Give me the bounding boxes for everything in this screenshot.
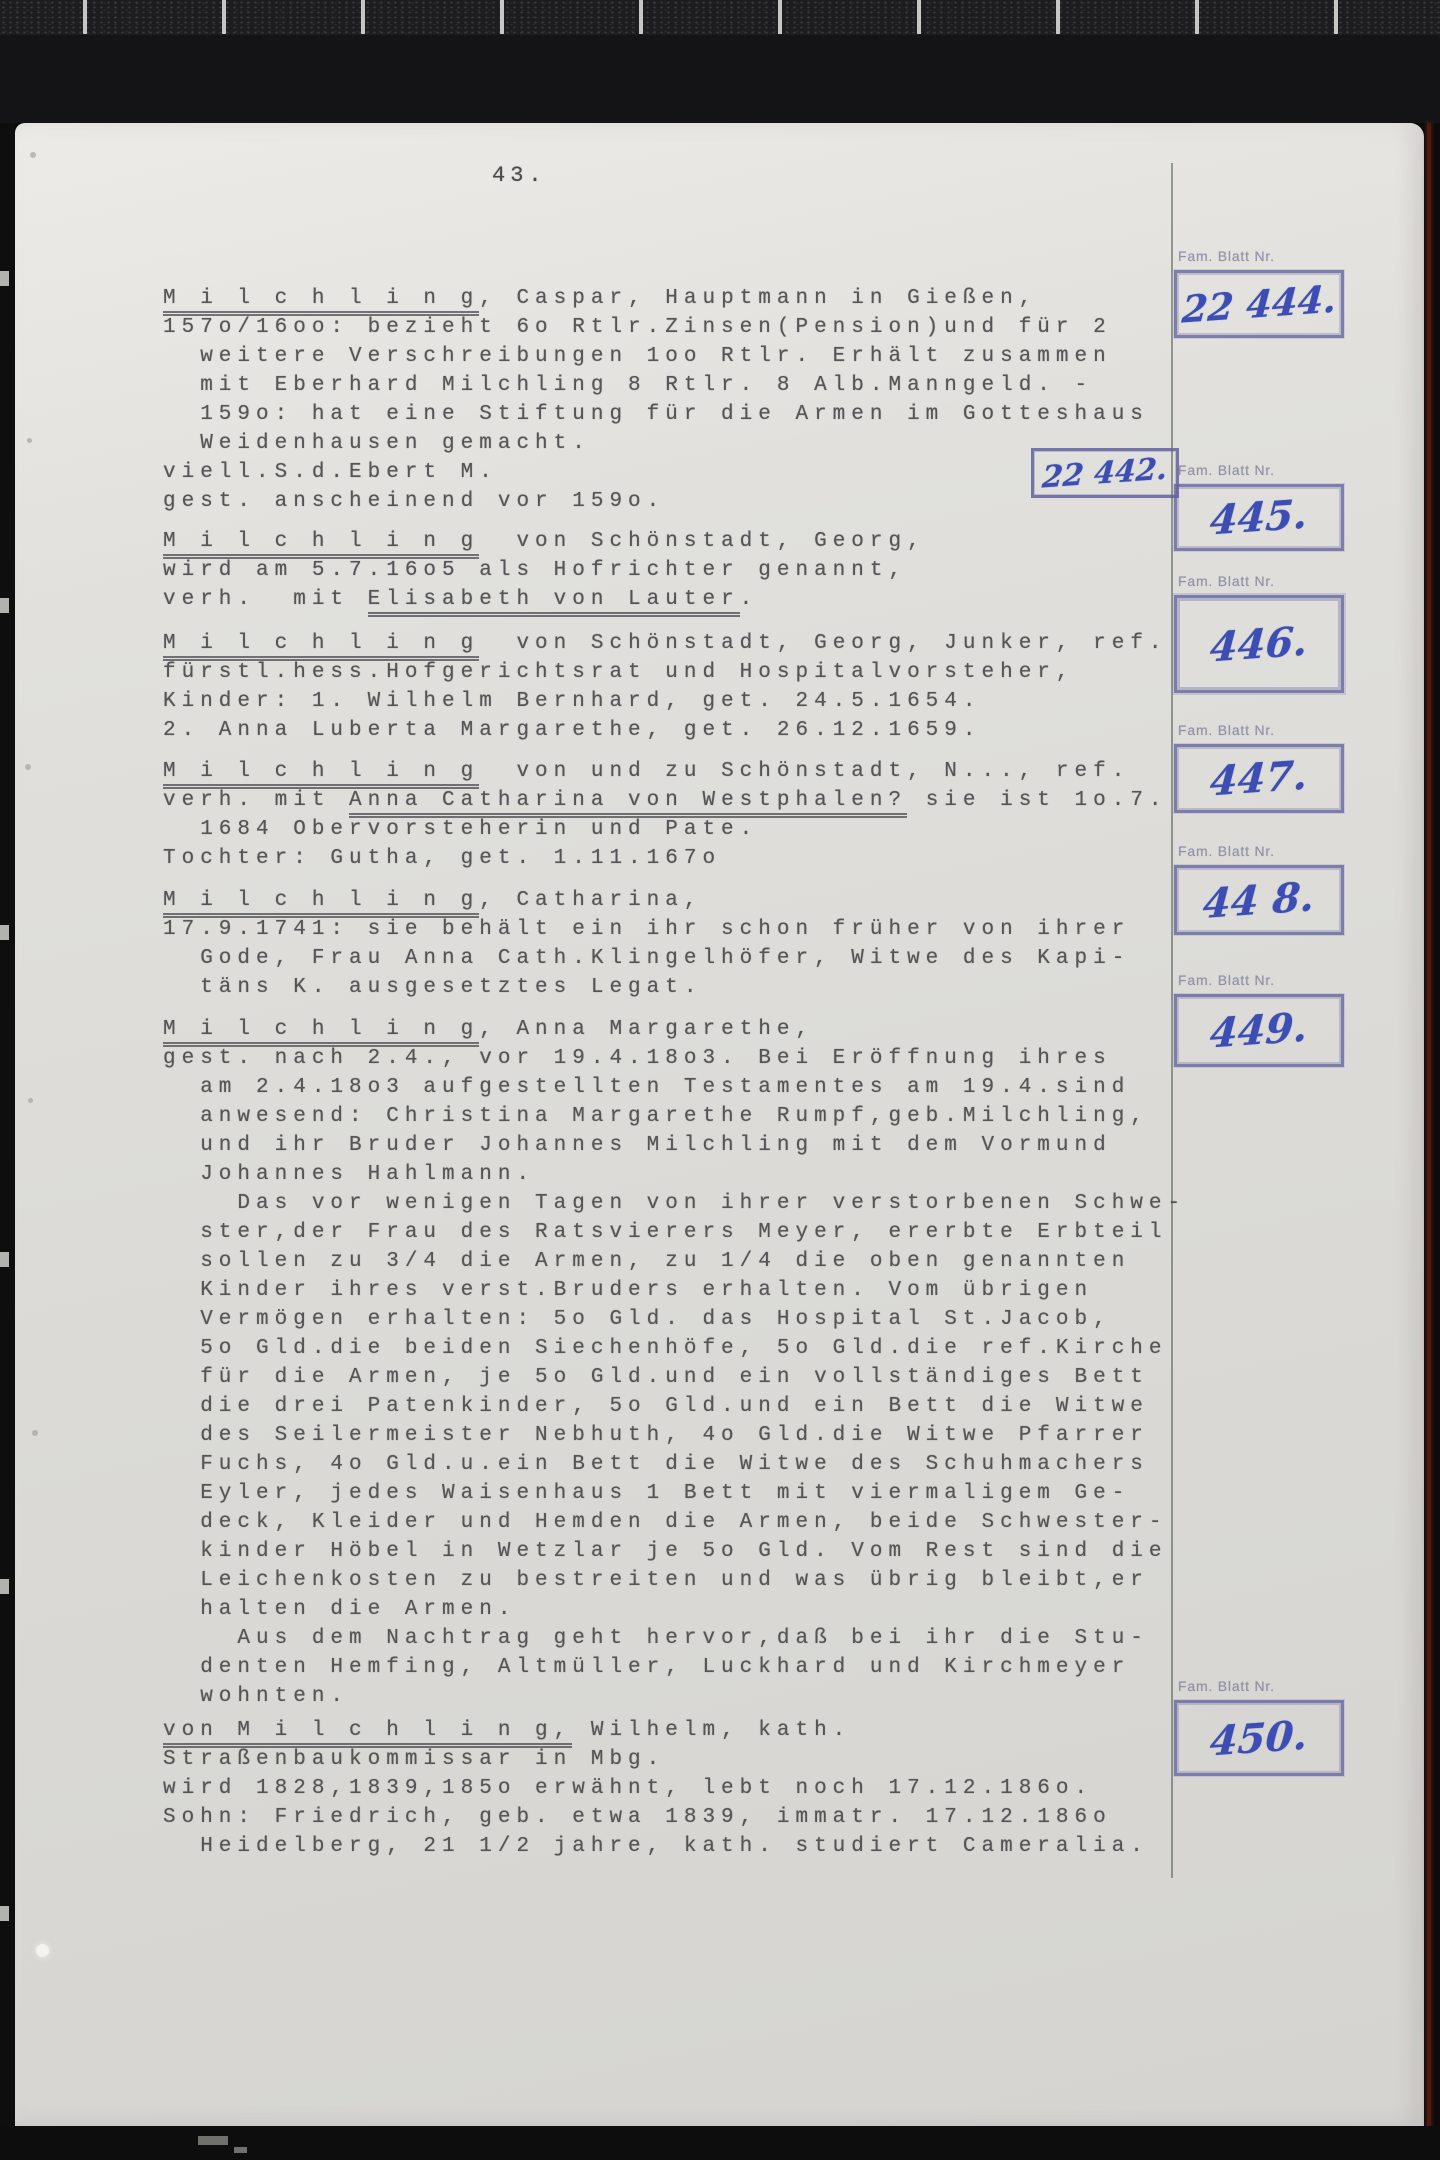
fam-blatt-label: Fam. Blatt Nr. [1178,972,1344,990]
entry-line: Vermögen erhalten: 5o Gld. das Hospital … [163,1305,1186,1334]
film-edge-mark [0,1252,9,1267]
entry-text: Heidelberg, 21 1/2 jahre, kath. studiert… [163,1835,1149,1858]
fam-blatt-frame: 445. [1174,484,1344,551]
entry-text: wird 1828,1839,185o erwähnt, lebt noch 1… [163,1777,1093,1800]
entry-text: viell.S.d.Ebert M. [163,461,498,484]
fam-blatt-box-1: Fam. Blatt Nr.445. [1174,462,1344,551]
entry-line: M i l c h l i n g von Schönstadt, Georg, [163,527,926,556]
underlined-name: M i l c h l i n g [163,287,479,316]
entry-text: täns K. ausgesetztes Legat. [163,976,702,999]
entry-line: Gode, Frau Anna Cath.Klingelhöfer, Witwe… [163,944,1130,973]
entry-line: Leichenkosten zu bestreiten und was übri… [163,1566,1186,1595]
entry-line: M i l c h l i n g, Catharina, [163,886,1130,915]
entry-line: für die Armen, je 5o Gld.und ein vollstä… [163,1363,1186,1392]
entry-line: wird am 5.7.16o5 als Hofrichter genannt, [163,556,926,585]
entry-text: Tochter: Gutha, get. 1.11.167o [163,847,721,870]
entry-text: fürstl.hess.Hofgerichtsrat und Hospitalv… [163,661,1075,684]
entry-text: deck, Kleider und Hemden die Armen, beid… [163,1511,1168,1534]
film-sprocket-tick [83,0,87,34]
fam-blatt-number: 22 444. [1180,276,1337,331]
entry-line: gest. anscheinend vor 159o. [163,487,1149,516]
entry-line: Johannes Hahlmann. [163,1160,1186,1189]
entry-line: verh. mit Elisabeth von Lauter. [163,585,926,614]
entry-block-0: M i l c h l i n g, Caspar, Hauptmann in … [163,284,1149,516]
entry-block-3: M i l c h l i n g von und zu Schönstadt,… [163,757,1168,873]
entry-line: weitere Verschreibungen 1oo Rtlr. Erhält… [163,342,1149,371]
paper-speck [25,764,31,770]
paper-speck [30,152,36,158]
fam-blatt-number: 445. [1209,490,1309,544]
fam-blatt-frame: 449. [1174,994,1344,1067]
film-strip-right [1424,123,1440,2160]
entry-text: verh. mit [163,588,368,611]
entry-line: von M i l c h l i n g, Wilhelm, kath. [163,1716,1149,1745]
film-bottom-mark [198,2136,228,2145]
entry-text: 2. Anna Luberta Margarethe, get. 26.12.1… [163,719,982,742]
entry-text: Gode, Frau Anna Cath.Klingelhöfer, Witwe… [163,947,1130,970]
entry-line: ster,der Frau des Ratsvierers Meyer, ere… [163,1218,1186,1247]
film-sprocket-tick [1334,0,1338,34]
film-sprocket-tick [778,0,782,34]
entry-text: 17.9.1741: sie behält ein ihr schon früh… [163,918,1130,941]
entry-line: 5o Gld.die beiden Siechenhöfe, 5o Gld.di… [163,1334,1186,1363]
entry-line: Eyler, jedes Waisenhaus 1 Bett mit vierm… [163,1479,1186,1508]
entry-text: von und zu Schönstadt, N..., ref. [479,760,1130,783]
film-sprocket-tick [917,0,921,34]
entry-line: kinder Höbel in Wetzlar je 5o Gld. Vom R… [163,1537,1186,1566]
underlined-name: M i l c h l i n g [163,530,479,559]
fam-blatt-number: 449. [1209,1003,1309,1057]
entry-line: und ihr Bruder Johannes Milchling mit de… [163,1131,1186,1160]
entry-line: Straßenbaukommissar in Mbg. [163,1745,1149,1774]
fam-blatt-box-4: Fam. Blatt Nr.44 8. [1174,843,1344,935]
entry-text: denten Hemfing, Altmüller, Luckhard und … [163,1656,1130,1679]
entry-line: M i l c h l i n g, Caspar, Hauptmann in … [163,284,1149,313]
entry-text: 5o Gld.die beiden Siechenhöfe, 5o Gld.di… [163,1337,1168,1360]
film-edge-mark [0,271,9,286]
entry-text: gest. anscheinend vor 159o. [163,490,665,513]
entry-text: gest. nach 2.4., vor 19.4.18o3. Bei Eröf… [163,1047,1112,1070]
underlined-name: M i l c h l i n g [163,1018,479,1047]
entry-text: Kinder ihres verst.Bruders erhalten. Vom… [163,1279,1093,1302]
fam-blatt-frame: 447. [1174,744,1344,813]
entry-line: 2. Anna Luberta Margarethe, get. 26.12.1… [163,716,1168,745]
inline-fam-nr-number: 22 442. [1041,451,1168,495]
entry-line: anwesend: Christina Margarethe Rumpf,geb… [163,1102,1186,1131]
entry-text: Wilhelm, kath. [572,1719,851,1742]
entry-text: ster,der Frau des Ratsvierers Meyer, ere… [163,1221,1168,1244]
film-sprocket-tick [500,0,504,34]
entry-line: Fuchs, 4o Gld.u.ein Bett die Witwe des S… [163,1450,1186,1479]
entry-line: 159o: hat eine Stiftung für die Armen im… [163,400,1149,429]
fam-blatt-number: 447. [1209,751,1309,805]
entry-text: kinder Höbel in Wetzlar je 5o Gld. Vom R… [163,1540,1168,1563]
entry-line: wohnten. [163,1682,1186,1711]
entry-line: halten die Armen. [163,1595,1186,1624]
entry-block-6: von M i l c h l i n g, Wilhelm, kath.Str… [163,1716,1149,1861]
entry-text: wohnten. [163,1685,349,1708]
entry-line: verh. mit Anna Catharina von Westphalen?… [163,786,1168,815]
fam-blatt-number: 450. [1209,1711,1309,1765]
fam-blatt-box-6: Fam. Blatt Nr.450. [1174,1678,1344,1776]
punch-hole-dot [36,1944,49,1957]
entry-text: , Caspar, Hauptmann in Gießen, [479,287,1037,310]
entry-text: anwesend: Christina Margarethe Rumpf,geb… [163,1105,1149,1128]
entry-line: Aus dem Nachtrag geht hervor,daß bei ihr… [163,1624,1186,1653]
entry-text: . [740,588,759,611]
entry-text: Straßenbaukommissar in Mbg. [163,1748,665,1771]
entry-line: Heidelberg, 21 1/2 jahre, kath. studiert… [163,1832,1149,1861]
film-edge-mark [0,598,9,613]
entry-line: 1684 Obervorsteherin und Pate. [163,815,1168,844]
entry-text: mit Eberhard Milchling 8 Rtlr. 8 Alb.Man… [163,374,1093,397]
entry-text: für die Armen, je 5o Gld.und ein vollstä… [163,1366,1149,1389]
entry-line: Weidenhausen gemacht. [163,429,1149,458]
fam-blatt-box-3: Fam. Blatt Nr.447. [1174,722,1344,813]
underlined-name: Elisabeth von Lauter [368,588,740,617]
entry-text: 159o: hat eine Stiftung für die Armen im… [163,403,1149,426]
fam-blatt-frame: 22 444. [1174,270,1344,338]
underlined-name: M i l c h l i n g [163,632,479,661]
inline-fam-nr-stamp: 22 442. [1031,448,1179,498]
entry-line: Sohn: Friedrich, geb. etwa 1839, immatr.… [163,1803,1149,1832]
entry-text: , Anna Margarethe, [479,1018,814,1041]
entry-line: gest. nach 2.4., vor 19.4.18o3. Bei Eröf… [163,1044,1186,1073]
paper-speck [32,1430,38,1436]
underlined-name: Anna Catharina von Westphalen? [349,789,907,818]
entry-line: 17.9.1741: sie behält ein ihr schon früh… [163,915,1130,944]
entry-line: Kinder: 1. Wilhelm Bernhard, get. 24.5.1… [163,687,1168,716]
fam-blatt-label: Fam. Blatt Nr. [1178,1678,1344,1696]
entry-text: die drei Patenkinder, 5o Gld.und ein Bet… [163,1395,1149,1418]
entry-text: von Schönstadt, Georg, Junker, ref. [479,632,1167,655]
entry-line: M i l c h l i n g von Schönstadt, Georg,… [163,629,1168,658]
film-edge-red-line [1427,123,1431,2160]
fam-blatt-box-5: Fam. Blatt Nr.449. [1174,972,1344,1067]
entry-line: am 2.4.18o3 aufgestellten Testamentes am… [163,1073,1186,1102]
entry-text: Weidenhausen gemacht. [163,432,591,455]
entry-text: sollen zu 3/4 die Armen, zu 1/4 die oben… [163,1250,1130,1273]
film-edge-mark [0,1906,9,1921]
entry-text: halten die Armen. [163,1598,516,1621]
fam-blatt-label: Fam. Blatt Nr. [1178,462,1344,480]
underlined-name: M i l c h l i n g [163,889,479,918]
film-sprocket-tick [1195,0,1199,34]
film-sprocket-tick [1056,0,1060,34]
entry-text: Fuchs, 4o Gld.u.ein Bett die Witwe des S… [163,1453,1149,1476]
entry-line: viell.S.d.Ebert M. [163,458,1149,487]
entry-line: deck, Kleider und Hemden die Armen, beid… [163,1508,1186,1537]
entry-text: , Catharina, [479,889,702,912]
fam-blatt-number: 446. [1209,617,1309,671]
entry-text: weitere Verschreibungen 1oo Rtlr. Erhält… [163,345,1112,368]
entry-block-1: M i l c h l i n g von Schönstadt, Georg,… [163,527,926,614]
entry-text: Eyler, jedes Waisenhaus 1 Bett mit vierm… [163,1482,1130,1505]
entry-text: 157o/16oo: bezieht 6o Rtlr.Zinsen(Pensio… [163,316,1112,339]
entry-text: am 2.4.18o3 aufgestellten Testamentes am… [163,1076,1130,1099]
fam-blatt-number: 44 8. [1202,872,1316,927]
entry-line: wird 1828,1839,185o erwähnt, lebt noch 1… [163,1774,1149,1803]
paper-speck [27,438,32,443]
entry-line: 157o/16oo: bezieht 6o Rtlr.Zinsen(Pensio… [163,313,1149,342]
entry-text: Das vor wenigen Tagen von ihrer verstorb… [163,1192,1186,1215]
fam-blatt-frame: 450. [1174,1700,1344,1776]
paper-speck [28,1098,33,1103]
fam-blatt-label: Fam. Blatt Nr. [1178,248,1344,266]
entry-text: Aus dem Nachtrag geht hervor,daß bei ihr… [163,1627,1149,1650]
entry-text: Leichenkosten zu bestreiten und was übri… [163,1569,1149,1592]
entry-line: M i l c h l i n g von und zu Schönstadt,… [163,757,1168,786]
entry-line: die drei Patenkinder, 5o Gld.und ein Bet… [163,1392,1186,1421]
film-edge-mark [0,1579,9,1594]
entry-line: denten Hemfing, Altmüller, Luckhard und … [163,1653,1186,1682]
entry-line: M i l c h l i n g, Anna Margarethe, [163,1015,1186,1044]
entry-text: verh. mit [163,789,349,812]
entry-line: Tochter: Gutha, get. 1.11.167o [163,844,1168,873]
fam-blatt-frame: 446. [1174,595,1344,693]
entry-line: täns K. ausgesetztes Legat. [163,973,1130,1002]
entry-text: Kinder: 1. Wilhelm Bernhard, get. 24.5.1… [163,690,982,713]
underlined-name: von M i l c h l i n g, [163,1719,572,1748]
film-sprocket-tick [222,0,226,34]
entry-line: sollen zu 3/4 die Armen, zu 1/4 die oben… [163,1247,1186,1276]
entry-text: und ihr Bruder Johannes Milchling mit de… [163,1134,1112,1157]
entry-block-5: M i l c h l i n g, Anna Margarethe,gest.… [163,1015,1186,1711]
entry-text: 1684 Obervorsteherin und Pate. [163,818,758,841]
entry-text: Sohn: Friedrich, geb. etwa 1839, immatr.… [163,1806,1112,1829]
film-edge-mark [0,925,9,940]
entry-text: des Seilermeister Nebhuth, 4o Gld.die Wi… [163,1424,1149,1447]
film-strip-left [0,123,15,2160]
fam-blatt-frame: 44 8. [1174,865,1344,935]
film-sprocket-band [0,0,1440,35]
film-bottom-mark [234,2147,247,2153]
entry-text: Johannes Hahlmann. [163,1163,535,1186]
entry-text: Vermögen erhalten: 5o Gld. das Hospital … [163,1308,1112,1331]
entry-line: des Seilermeister Nebhuth, 4o Gld.die Wi… [163,1421,1186,1450]
film-sprocket-tick [639,0,643,34]
fam-blatt-box-0: Fam. Blatt Nr.22 444. [1174,248,1344,338]
entry-line: fürstl.hess.Hofgerichtsrat und Hospitalv… [163,658,1168,687]
entry-line: Das vor wenigen Tagen von ihrer verstorb… [163,1189,1186,1218]
entry-block-4: M i l c h l i n g, Catharina,17.9.1741: … [163,886,1130,1002]
entry-text: wird am 5.7.16o5 als Hofrichter genannt, [163,559,907,582]
film-strip-top [0,0,1440,123]
underlined-name: M i l c h l i n g [163,760,479,789]
fam-blatt-label: Fam. Blatt Nr. [1178,573,1344,591]
fam-blatt-label: Fam. Blatt Nr. [1178,843,1344,861]
entry-line: Kinder ihres verst.Bruders erhalten. Vom… [163,1276,1186,1305]
page-number: 43. [492,163,547,188]
fam-blatt-label: Fam. Blatt Nr. [1178,722,1344,740]
fam-blatt-box-2: Fam. Blatt Nr.446. [1174,573,1344,693]
entry-text: sie ist 1o.7. [907,789,1167,812]
entry-text: von Schönstadt, Georg, [479,530,925,553]
entry-line: mit Eberhard Milchling 8 Rtlr. 8 Alb.Man… [163,371,1149,400]
film-sprocket-tick [361,0,365,34]
entry-block-2: M i l c h l i n g von Schönstadt, Georg,… [163,629,1168,745]
